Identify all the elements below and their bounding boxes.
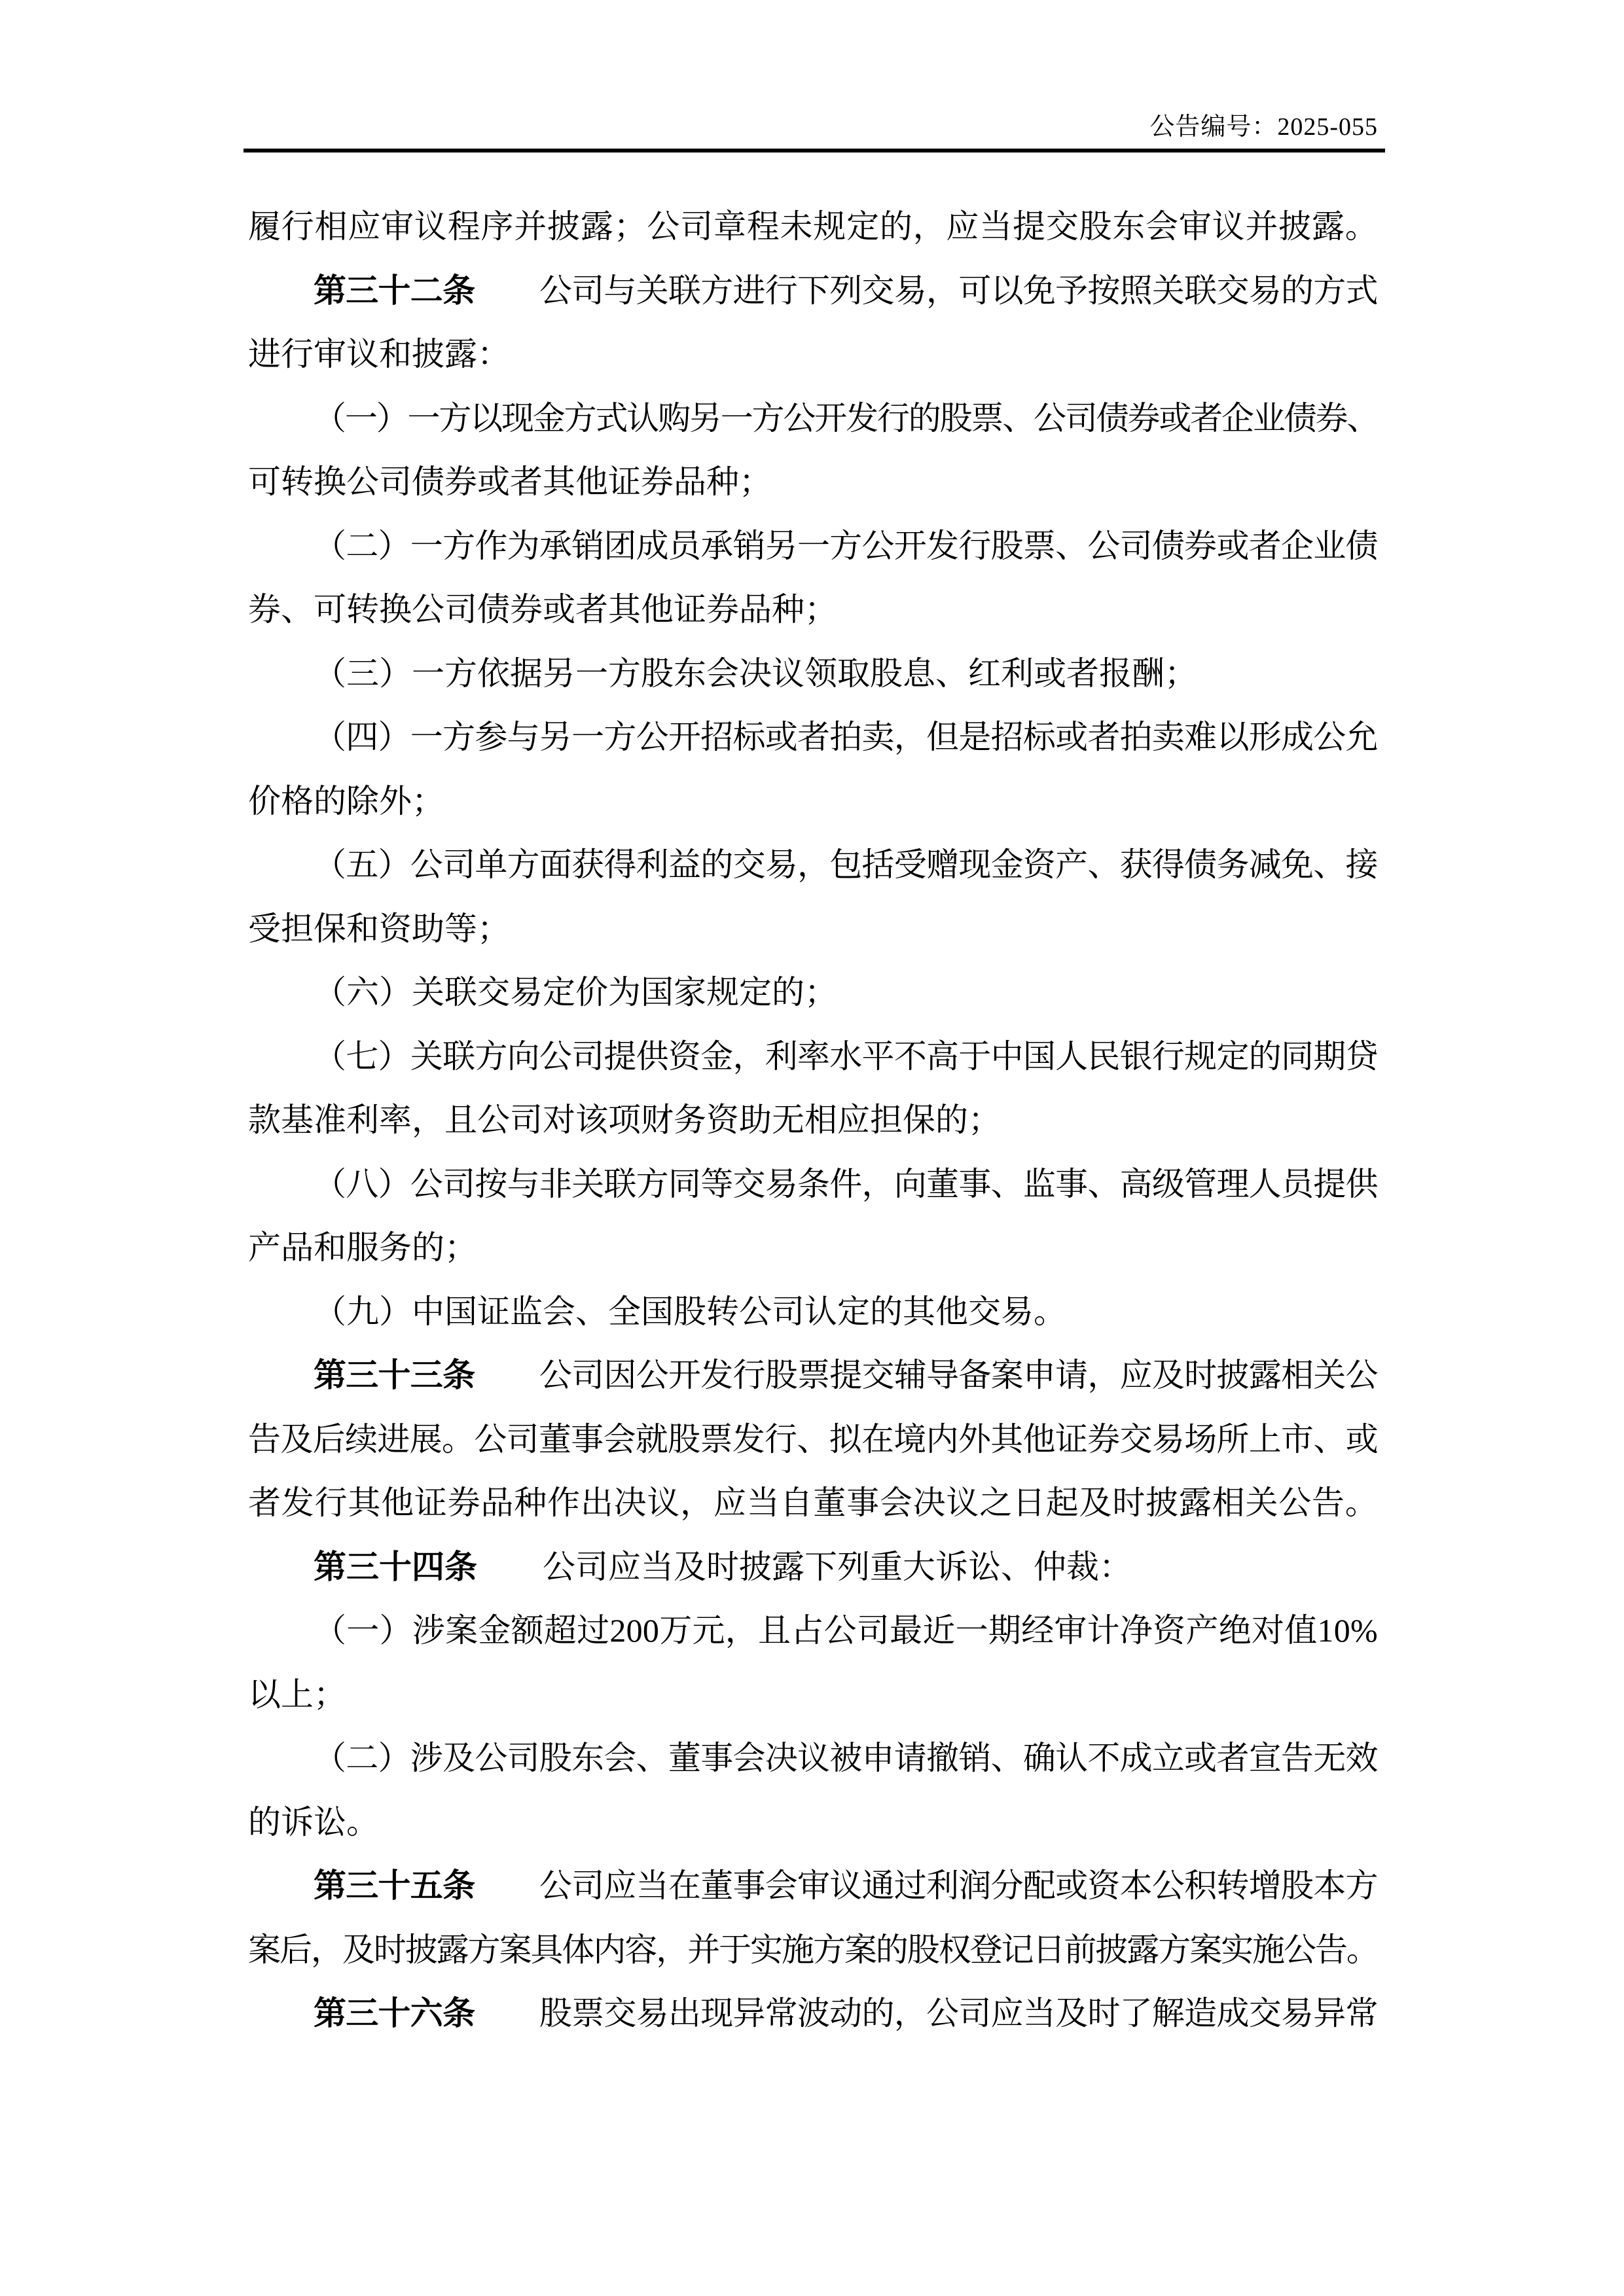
text-line: （二）涉及公司股东会、董事会决议被申请撤销、确认不成立或者宣告无效 [248, 1727, 1378, 1791]
text-line: （一）一方以现金方式认购另一方公开发行的股票、公司债券或者企业债券、 [248, 387, 1378, 451]
text-line: 款基准利率，且公司对该项财务资助无相应担保的； [248, 1088, 1378, 1153]
text-line: 价格的除外； [248, 770, 1378, 834]
text-line: （四）一方参与另一方公开招标或者拍卖，但是招标或者拍卖难以形成公允 [248, 706, 1378, 770]
text-line: （二）一方作为承销团成员承销另一方公开发行股票、公司债券或者企业债 [248, 514, 1378, 579]
text-line: 进行审议和披露： [248, 323, 1378, 387]
text-line: 告及后续进展。公司董事会就股票发行、拟在境内外其他证券交易场所上市、或 [248, 1408, 1378, 1472]
text-line: 受担保和资助等； [248, 897, 1378, 961]
text-line: 券、可转换公司债券或者其他证券品种； [248, 578, 1378, 642]
text-line: 第三十六条 股票交易出现异常波动的，公司应当及时了解造成交易异常 [248, 1982, 1378, 2046]
document-body: 履行相应审议程序并披露；公司章程未规定的，应当提交股东会审议并披露。第三十二条 … [248, 195, 1378, 2046]
text-line: （三）一方依据另一方股东会决议领取股息、红利或者报酬； [248, 642, 1378, 706]
text-line: 第三十四条 公司应当及时披露下列重大诉讼、仲裁： [248, 1535, 1378, 1600]
text-line: （八）公司按与非关联方同等交易条件，向董事、监事、高级管理人员提供 [248, 1153, 1378, 1217]
text-line: 案后，及时披露方案具体内容，并于实施方案的股权登记日前披露方案实施公告。 [248, 1918, 1378, 1982]
text-line: 产品和服务的； [248, 1216, 1378, 1280]
text-line: 的诉讼。 [248, 1791, 1378, 1855]
text-line: 以上； [248, 1663, 1378, 1727]
text-line: 可转换公司债券或者其他证券品种； [248, 450, 1378, 514]
document-page: 公告编号：2025-055 履行相应审议程序并披露；公司章程未规定的，应当提交股… [0, 0, 1624, 2296]
announcement-number: 公告编号：2025-055 [1149, 113, 1378, 141]
text-line: 者发行其他证券品种作出决议，应当自董事会决议之日起及时披露相关公告。 [248, 1471, 1378, 1535]
text-line: （一）涉案金额超过200万元，且占公司最近一期经审计净资产绝对值10% [248, 1599, 1378, 1663]
text-line: （九）中国证监会、全国股转公司认定的其他交易。 [248, 1280, 1378, 1344]
header-rule [244, 149, 1385, 152]
text-line: （五）公司单方面获得利益的交易，包括受赠现金资产、获得债务减免、接 [248, 833, 1378, 897]
text-line: 第三十三条 公司因公开发行股票提交辅导备案申请，应及时披露相关公 [248, 1344, 1378, 1408]
text-line: 第三十二条 公司与关联方进行下列交易，可以免予按照关联交易的方式 [248, 259, 1378, 323]
text-line: （七）关联方向公司提供资金，利率水平不高于中国人民银行规定的同期贷 [248, 1025, 1378, 1089]
text-line: 第三十五条 公司应当在董事会审议通过利润分配或资本公积转增股本方 [248, 1854, 1378, 1918]
text-line: （六）关联交易定价为国家规定的； [248, 961, 1378, 1025]
text-line: 履行相应审议程序并披露；公司章程未规定的，应当提交股东会审议并披露。 [248, 195, 1378, 259]
